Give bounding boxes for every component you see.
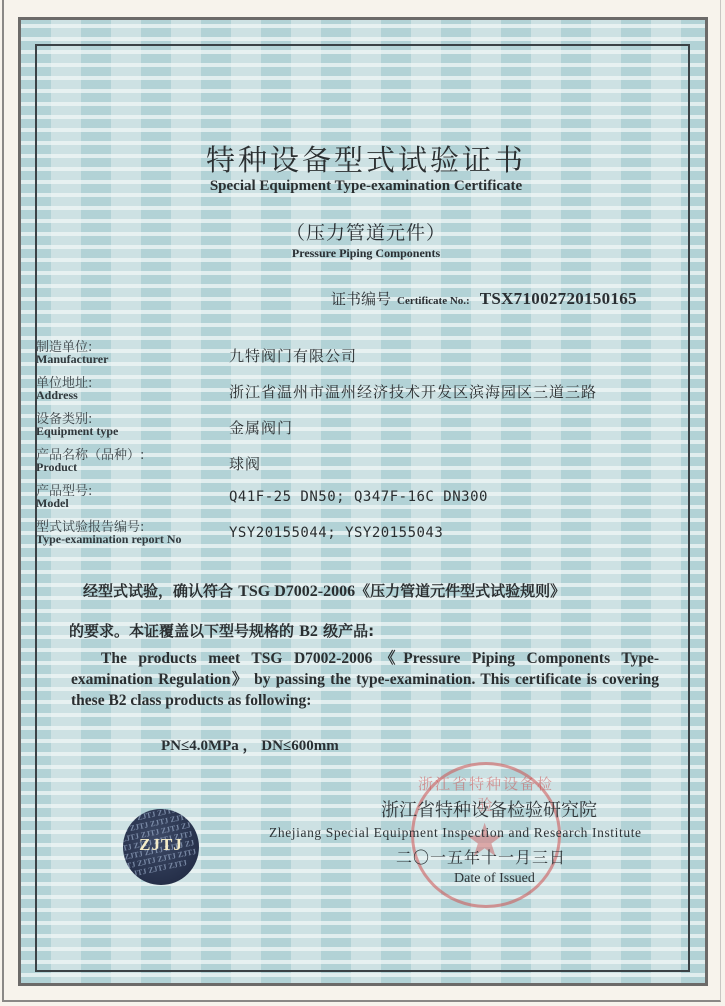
- hologram-logo: ZJTJ: [123, 835, 199, 855]
- issue-date-label: Date of Issued: [454, 871, 535, 887]
- field-label-en: Address: [36, 388, 78, 403]
- title-en: Special Equipment Type-examination Certi…: [21, 178, 711, 195]
- field-value: 金属阀门: [229, 417, 293, 438]
- cert-no-value: TSX71002720150165: [480, 289, 637, 308]
- issue-date-cn: 二〇一五年十一月三日: [396, 845, 566, 868]
- field-label-en: Product: [36, 460, 77, 475]
- statement-text: 经型式试验，确认符合: [83, 582, 238, 600]
- statement-text: 的要求。本证覆盖以下型号规格的: [69, 622, 299, 640]
- field-value: Q41F-25 DN50; Q347F-16C DN300: [229, 489, 488, 505]
- field-label-en: Manufacturer: [36, 352, 108, 367]
- cert-no-label-en: Certificate No.:: [397, 295, 470, 307]
- field-equipment-type: 设备类别: Equipment type 金属阀门: [36, 408, 696, 444]
- issuer-name-en: Zhejiang Special Equipment Inspection an…: [269, 825, 642, 841]
- field-value: 浙江省温州市温州经济技术开发区滨海园区三道三路: [229, 381, 597, 402]
- field-manufacturer: 制造单位: Manufacturer 九特阀门有限公司: [36, 336, 696, 372]
- fields-list: 制造单位: Manufacturer 九特阀门有限公司 单位地址: Addres…: [36, 336, 696, 552]
- field-report-no: 型式试验报告编号: Type-examination report No YSY…: [36, 516, 696, 552]
- subtitle-en: Pressure Piping Components: [21, 246, 711, 261]
- field-label-en: Model: [36, 496, 69, 511]
- hologram-seal: ZJTJ ZJTJ ZJTJ ZJTJ ZJTJ ZJTJ ZJTJ ZJTJ …: [123, 809, 199, 885]
- spec-range: PN≤4.0MPa ， DN≤600mm: [161, 734, 339, 755]
- field-label-en: Type-examination report No: [36, 532, 182, 547]
- issuer-name-cn: 浙江省特种设备检验研究院: [381, 796, 597, 822]
- statement-text: 级产品:: [318, 622, 374, 640]
- standard-title: 《压力管道元件型式试验规则》: [355, 582, 565, 600]
- statement-en: The products meet TSG D7002-2006《Pressur…: [71, 648, 659, 711]
- cert-no-label-cn: 证书编号: [331, 290, 391, 308]
- field-model: 产品型号: Model Q41F-25 DN50; Q347F-16C DN30…: [36, 480, 696, 516]
- field-product: 产品名称（品种）: Product 球阀: [36, 444, 696, 480]
- field-value: YSY20155044; YSY20155043: [229, 525, 443, 541]
- certificate: 特种设备型式试验证书 Special Equipment Type-examin…: [18, 17, 708, 986]
- field-value: 九特阀门有限公司: [229, 345, 357, 366]
- standard-code: TSG D7002-2006: [238, 583, 355, 600]
- field-label-en: Equipment type: [36, 424, 118, 439]
- certificate-number: 证书编号Certificate No.:TSX71002720150165: [331, 288, 637, 309]
- statement-cn-line1: 经型式试验，确认符合 TSG D7002-2006《压力管道元件型式试验规则》: [83, 580, 703, 601]
- field-address: 单位地址: Address 浙江省温州市温州经济技术开发区滨海园区三道三路: [36, 372, 696, 408]
- class-code: B2: [299, 623, 318, 640]
- title-cn: 特种设备型式试验证书: [21, 138, 711, 179]
- field-value: 球阀: [229, 453, 261, 474]
- statement-cn-line2: 的要求。本证覆盖以下型号规格的 B2 级产品:: [69, 620, 689, 641]
- subtitle-cn: （压力管道元件）: [21, 218, 711, 245]
